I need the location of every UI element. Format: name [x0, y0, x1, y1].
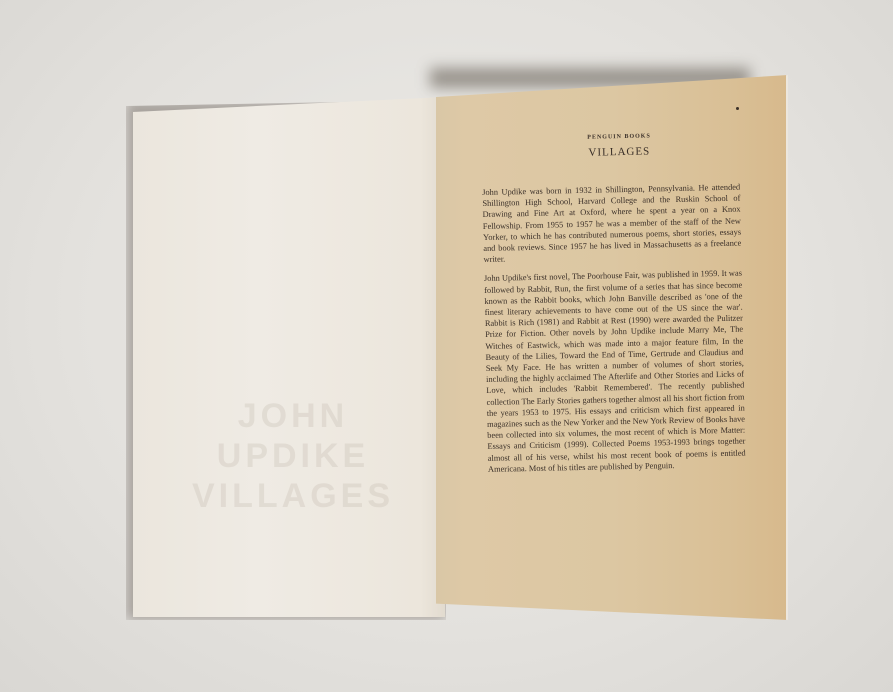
bio-paragraph: John Updike was born in 1932 in Shilling… [482, 182, 742, 266]
left-page: JOHN UPDIKE VILLAGES [133, 97, 445, 617]
page-edge [786, 75, 788, 620]
book-title: VILLAGES [499, 144, 739, 161]
show-through-text: VILLAGES [173, 477, 413, 516]
show-through-text: JOHN [173, 397, 413, 436]
bio-paragraph: John Updike's first novel, The Poorhouse… [484, 268, 746, 475]
biography-text: PENGUIN BOOKS VILLAGES John Updike was b… [481, 132, 746, 483]
paper-speck [736, 107, 739, 110]
show-through-text: UPDIKE [173, 437, 413, 476]
